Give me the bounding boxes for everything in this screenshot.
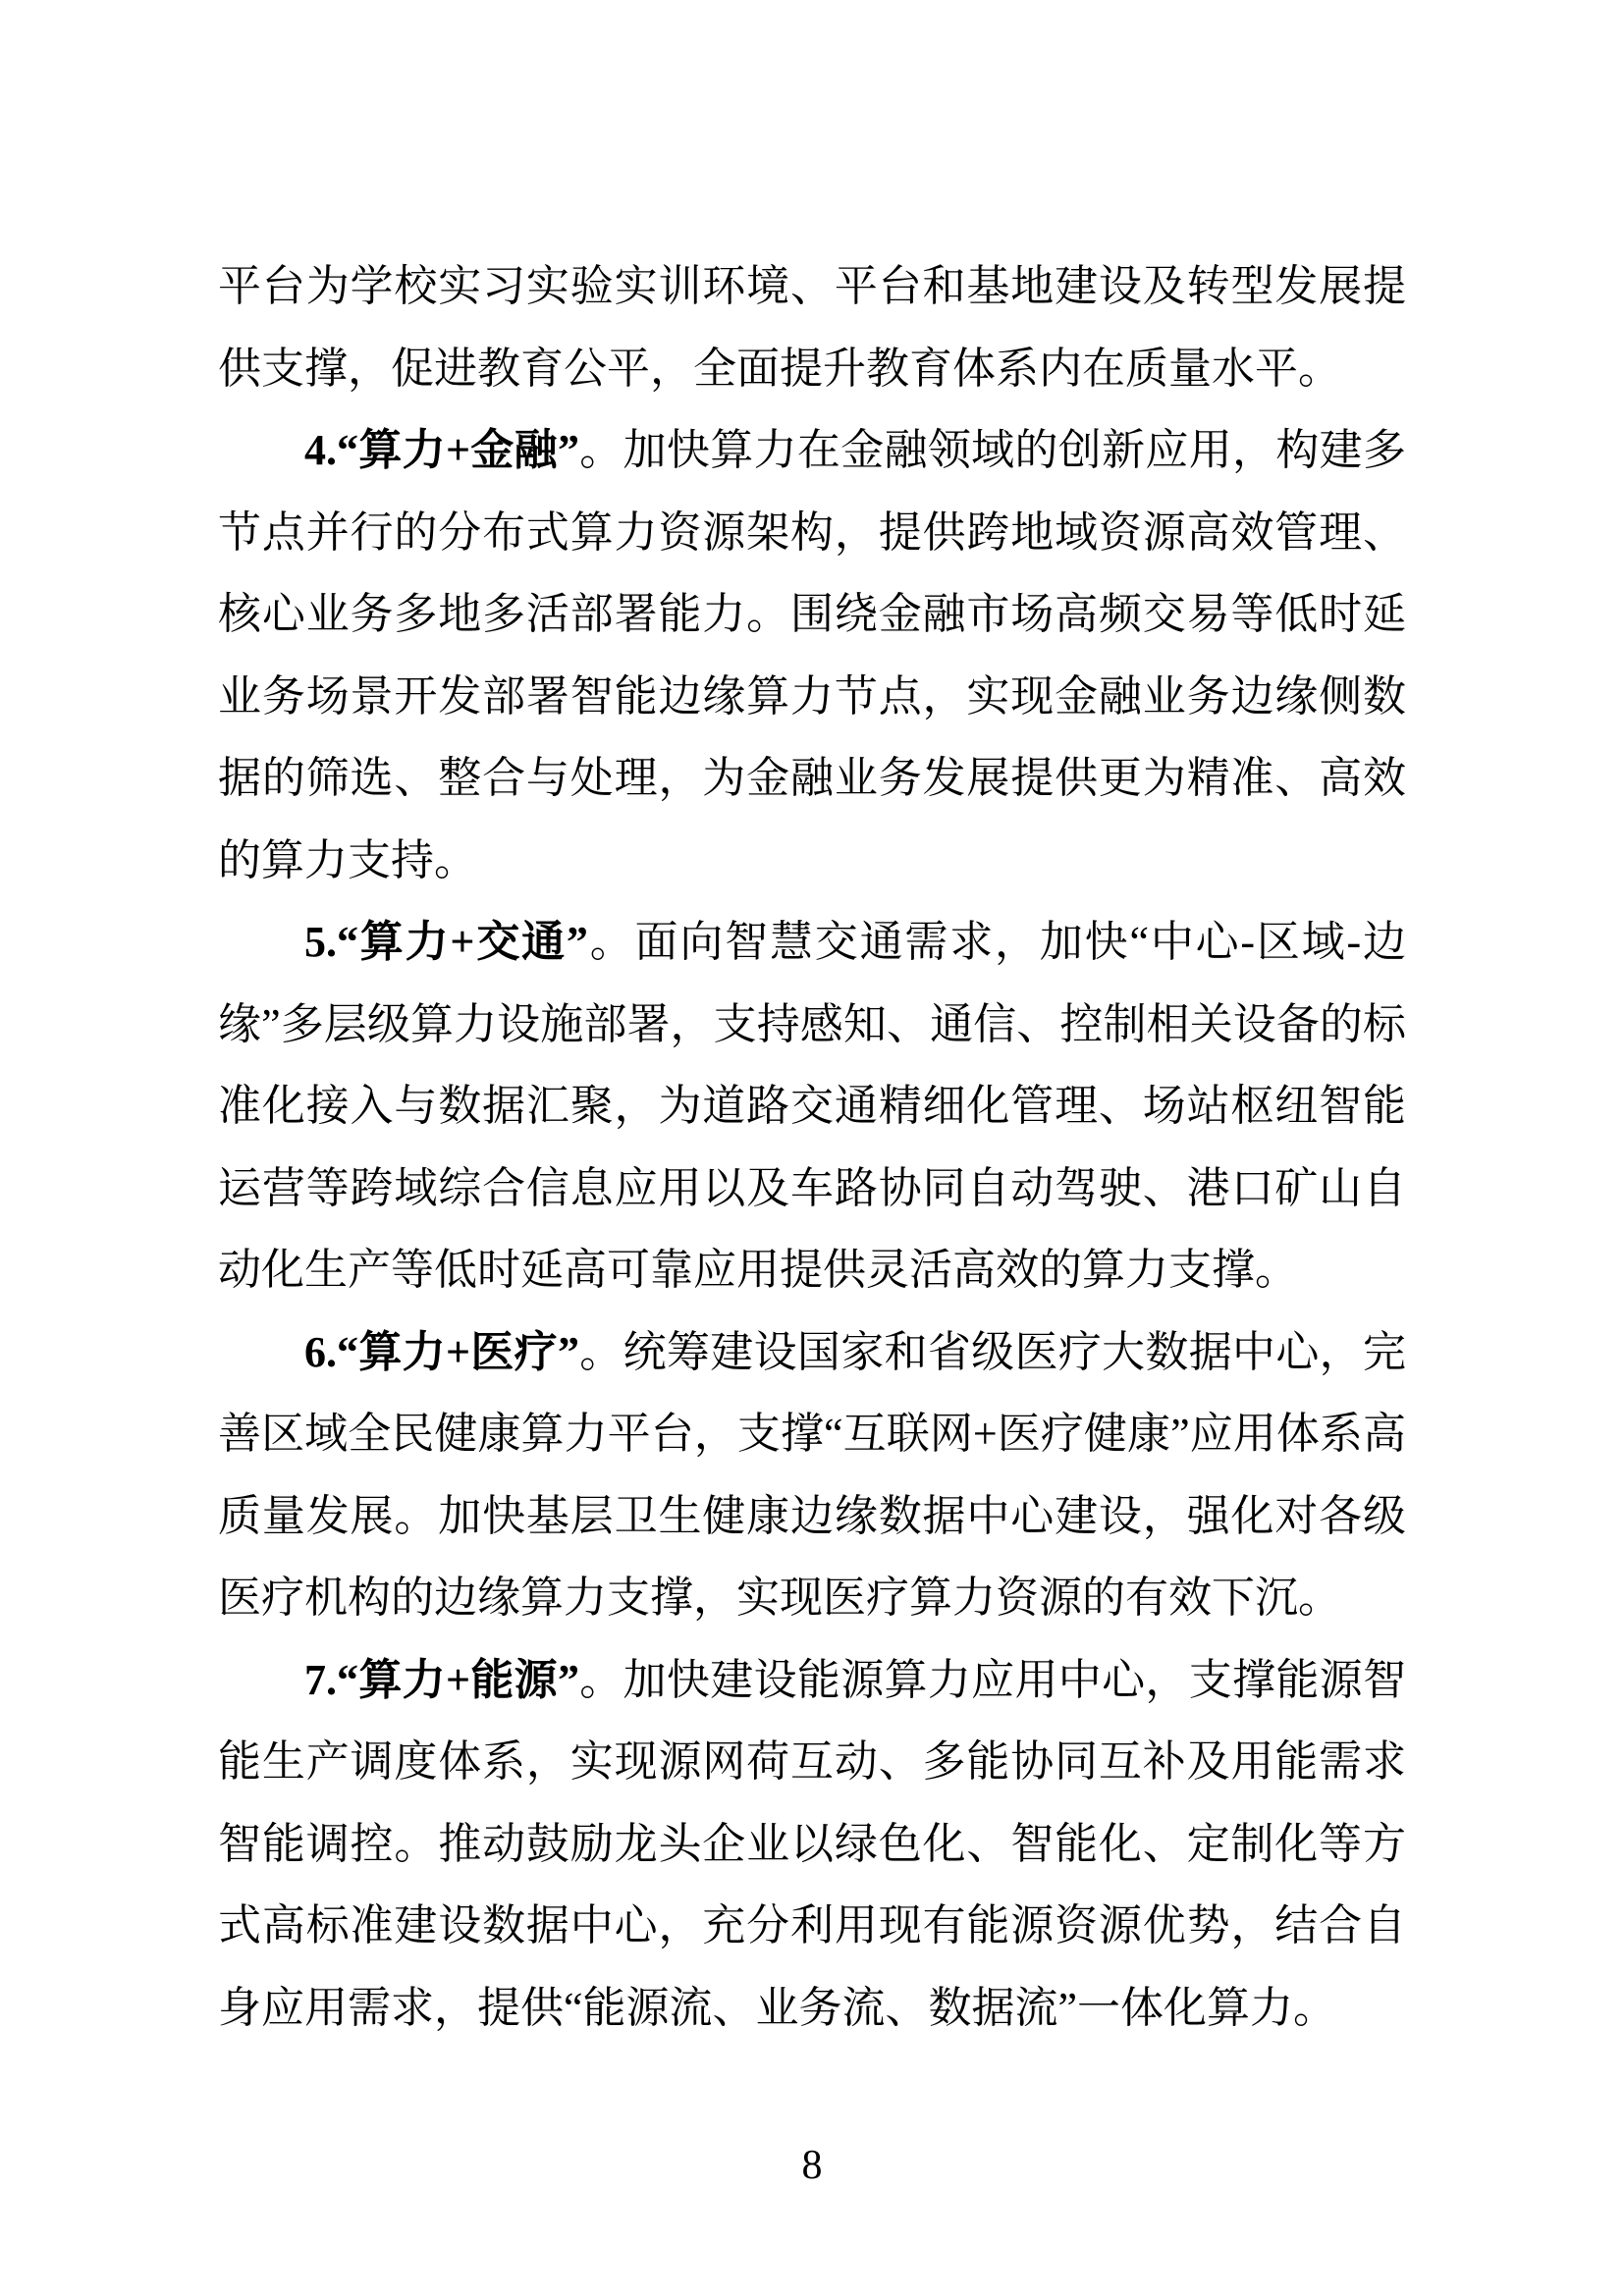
paragraph: 6.“算力+医疗”。统筹建设国家和省级医疗大数据中心，完善区域全民健康算力平台，… xyxy=(218,1311,1406,1639)
page-number: 8 xyxy=(802,2143,823,2188)
paragraph-text: 平台为学校实习实验实训环境、平台和基地建设及转型发展提供支撑，促进教育公平，全面… xyxy=(218,262,1406,393)
document-body: 平台为学校实习实验实训环境、平台和基地建设及转型发展提供支撑，促进教育公平，全面… xyxy=(218,245,1406,2049)
section-heading: 6.“算力+医疗” xyxy=(304,1328,579,1376)
section-heading: 7.“算力+能源” xyxy=(304,1656,579,1704)
paragraph: 7.“算力+能源”。加快建设能源算力应用中心，支撑能源智能生产调度体系，实现源网… xyxy=(218,1639,1406,2050)
document-page: 平台为学校实习实验实训环境、平台和基地建设及转型发展提供支撑，促进教育公平，全面… xyxy=(0,0,1624,2296)
paragraph-text: 。加快建设能源算力应用中心，支撑能源智能生产调度体系，实现源网荷互动、多能协同互… xyxy=(218,1656,1406,2032)
page-footer: 8 xyxy=(0,2143,1624,2188)
section-heading: 4.“算力+金融” xyxy=(304,426,579,474)
paragraph-text: 。加快算力在金融领域的创新应用，构建多节点并行的分布式算力资源架构，提供跨地域资… xyxy=(218,426,1406,884)
paragraph-text: 。面向智慧交通需求，加快“中心-区域-边缘”多层级算力设施部署，支持感知、通信、… xyxy=(218,918,1406,1294)
paragraph: 平台为学校实习实验实训环境、平台和基地建设及转型发展提供支撑，促进教育公平，全面… xyxy=(218,245,1406,409)
paragraph: 5.“算力+交通”。面向智慧交通需求，加快“中心-区域-边缘”多层级算力设施部署… xyxy=(218,901,1406,1311)
paragraph: 4.“算力+金融”。加快算力在金融领域的创新应用，构建多节点并行的分布式算力资源… xyxy=(218,409,1406,901)
section-heading: 5.“算力+交通” xyxy=(304,918,588,966)
